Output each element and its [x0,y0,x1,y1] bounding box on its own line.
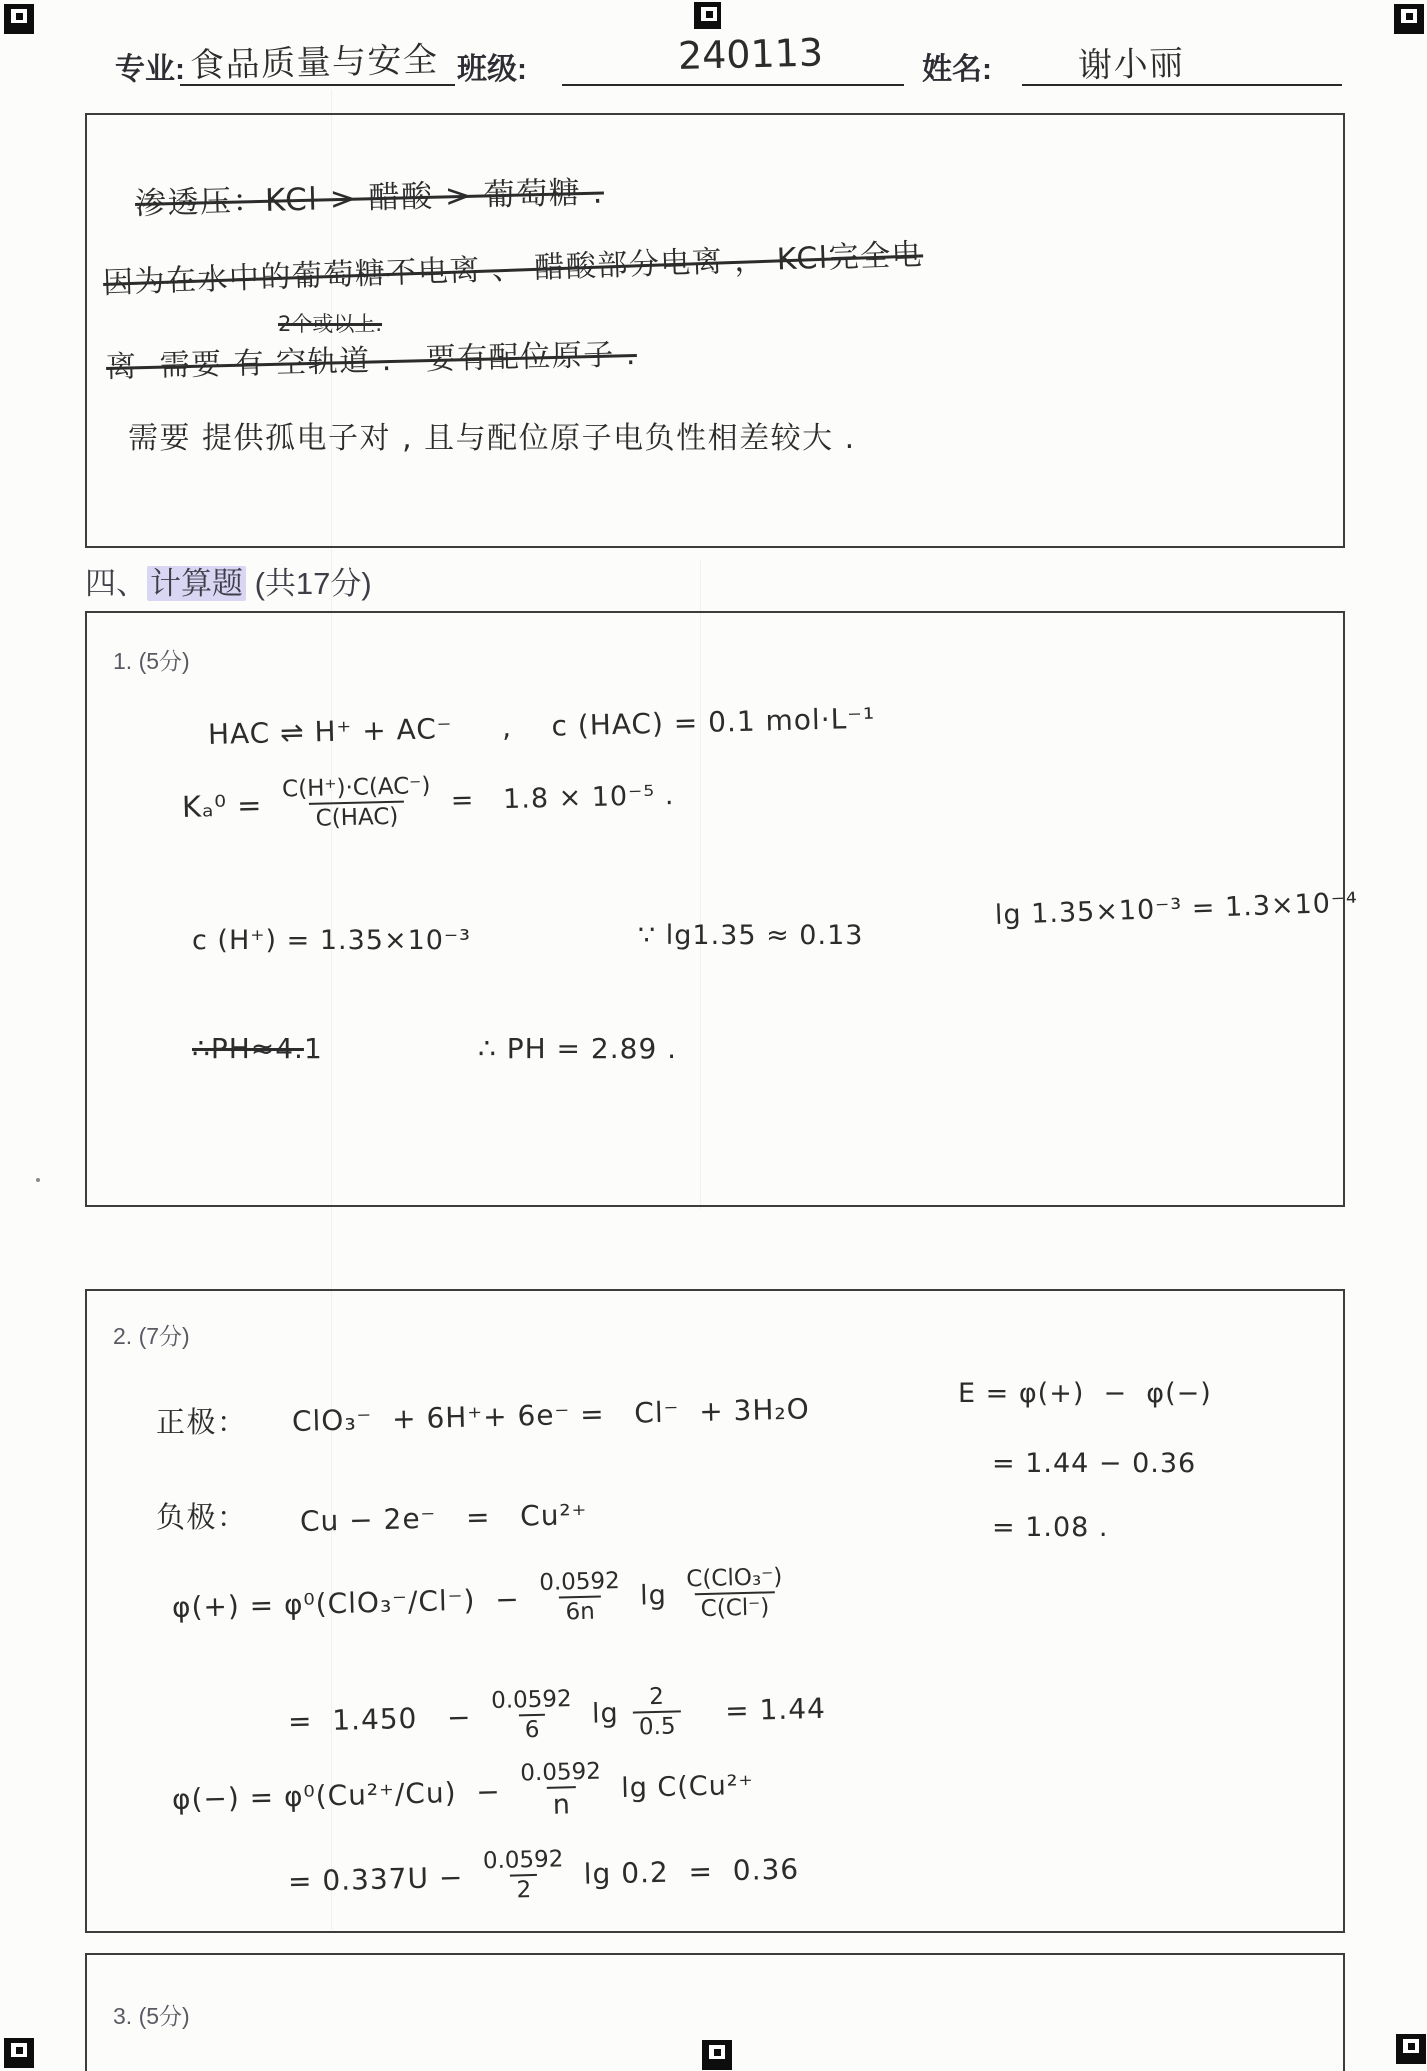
q1-ph-wrong: ∴PH≈4.1 [192,1032,323,1065]
fraction-denominator: n [546,1787,576,1823]
phi-minus-calc-result: lg 0.2 = 0.36 [583,1852,799,1890]
q2-phi-minus-calculation: = 0.337U − 0.05922 lg 0.2 = 0.36 [287,1840,800,1911]
q1-ph-tail: 1 [304,1032,323,1065]
fraction-numerator: 0.0592 [533,1567,626,1598]
name-label: 姓名: [922,44,992,88]
q1-ph-final: ∴ PH = 2.89 . [478,1032,677,1065]
fraction-numerator: C(H⁺)·C(AC⁻) [276,772,437,804]
fraction-numerator: 0.0592 [485,1685,578,1716]
scanned-exam-page: 专业: 食品质量与安全 班级: 240113 姓名: 谢小丽 渗透压：KCl >… [0,0,1427,2071]
major-underline [180,84,455,86]
marker-dot [16,13,23,20]
class-underline [562,84,904,86]
name-value-handwritten: 谢小丽 [1077,35,1185,87]
phi-plus-conc-fraction: C(ClO₃⁻)C(Cl⁻) [680,1563,789,1624]
fraction-denominator: C(Cl⁻) [694,1592,775,1624]
fraction-numerator: 0.0592 [477,1845,570,1876]
class-label: 班级: [457,44,527,88]
fraction-denominator: 6n [559,1596,601,1627]
scan-speck [36,1178,40,1182]
fraction-numerator: 2 [643,1683,670,1712]
phi-plus-calc-lg: lg [592,1698,619,1730]
phi-plus-nernst-fraction: 0.05926n [533,1567,627,1628]
handwritten-line-lone-pair: 需要 提供孤电子对 , 且与配位原子电负性相差较大 . [128,413,856,457]
phi-plus-calc-result: = 1.44 [725,1692,826,1727]
class-value-handwritten: 240113 [677,30,823,78]
name-underline [1022,84,1342,86]
major-value-handwritten: 食品质量与安全 [189,32,439,87]
fraction-denominator: C(HAC) [309,801,404,834]
fraction-numerator: C(ClO₃⁻) [680,1563,789,1594]
question1-label: 1. (5分) [113,643,190,676]
phi-plus-calc-fraction: 0.05926 [485,1685,579,1746]
q1-ka-equation: Kₐ⁰ = C(H⁺)·C(AC⁻)C(HAC) = 1.8 × 10⁻⁵ . [181,766,675,837]
marker-dot [1408,2043,1415,2050]
fiducial-marker-bottom-left [4,2038,34,2068]
q1-ph-struck: ∴PH≈4. [192,1032,304,1065]
q1-ka-rhs: = 1.8 × 10⁻⁵ . [450,780,674,816]
phi-minus-nernst-fraction: 0.0592n [514,1757,608,1823]
fraction-denominator: 0.5 [633,1711,682,1743]
q1-ka-fraction: C(H⁺)·C(AC⁻)C(HAC) [276,772,438,835]
q2-anode-equation: Cu − 2e⁻ = Cu²⁺ [300,1498,588,1538]
fiducial-marker-top-right [1394,4,1424,34]
phi-plus-calc-lhs: = 1.450 − [288,1700,472,1737]
question3-label: 3. (5分) [113,1998,190,2031]
phi-minus-lhs: φ(−) = φ⁰(Cu²⁺/Cu) − [172,1775,502,1816]
phi-minus-calc-lhs: = 0.337U − [288,1861,464,1898]
fiducial-marker-top-center [694,2,721,29]
question3-answer-box [85,1953,1345,2071]
question2-label: 2. (7分) [113,1318,190,1351]
q1-ch-value: c (H⁺) = 1.35×10⁻³ [192,925,471,956]
fiducial-marker-bottom-right [1396,2034,1426,2064]
handwritten-insert-two-or-more: 2个或以上. [278,308,382,338]
phi-plus-lg: lg [640,1580,667,1612]
q2-anode-label: 负极： [156,1495,248,1536]
q2-emf-line2: = 1.44 − 0.36 [992,1448,1196,1479]
phi-minus-lg: lg C(Cu²⁺ [621,1770,754,1804]
fraction-denominator: 2 [510,1874,537,1905]
section-highlight: 计算题 [147,566,246,601]
q2-emf-line1: E = φ(+) − φ(−) [958,1378,1212,1409]
q2-emf-line3: = 1.08 . [992,1512,1109,1543]
marker-dot [706,11,713,18]
phi-plus-calc-ratio: 20.5 [632,1682,682,1742]
phi-minus-calc-fraction: 0.05922 [477,1845,571,1906]
section-title: 四、计算题 (共17分) [85,558,372,603]
marker-dot [16,2047,23,2054]
q1-lg-approx: ∵ lg1.35 ≈ 0.13 [638,920,863,951]
fiducial-marker-top-left [4,4,34,34]
section-suffix: (共17分) [246,566,372,601]
section-prefix: 四、 [85,566,147,601]
fraction-denominator: 6 [518,1714,545,1745]
q1-ka-lhs: Kₐ⁰ = [182,788,263,824]
major-label: 专业: [115,44,185,88]
q2-cathode-label: 正极： [156,1400,248,1441]
fraction-numerator: 0.0592 [514,1757,607,1788]
marker-dot [1406,13,1413,20]
phi-plus-lhs: φ(+) = φ⁰(ClO₃⁻/Cl⁻) − [172,1582,520,1623]
